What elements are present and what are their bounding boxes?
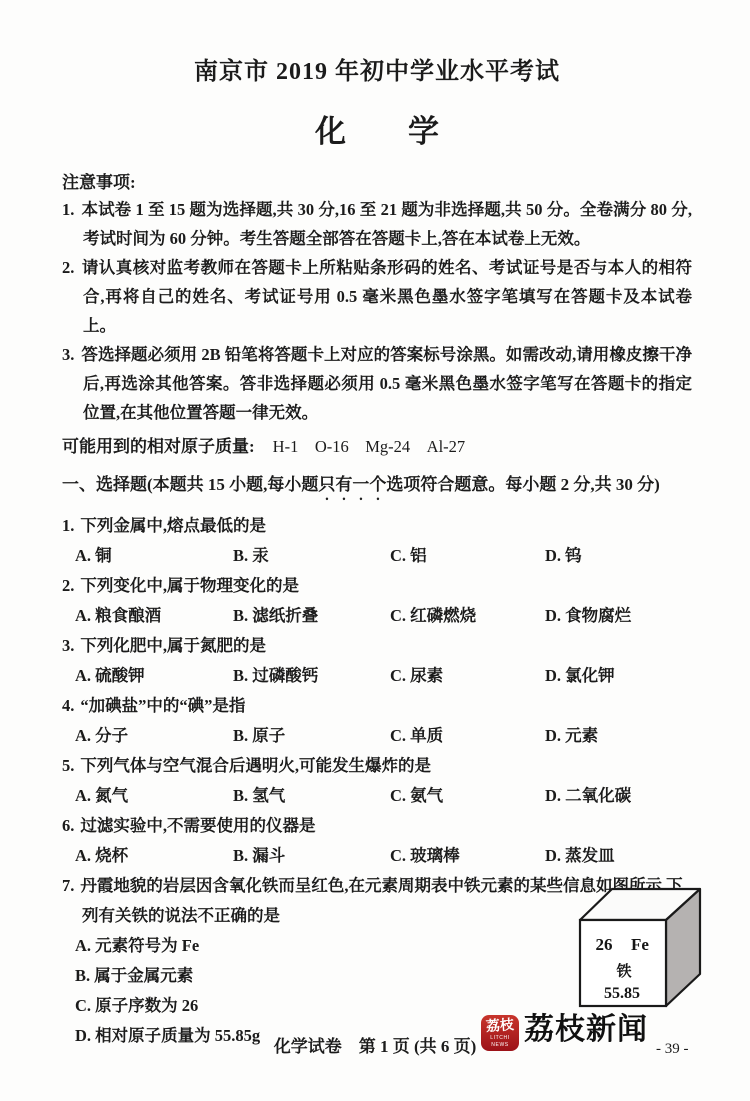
question-3-option-c: C. 尿素 (390, 661, 545, 691)
atomic-mass-label: 可能用到的相对原子质量: (62, 437, 255, 456)
question-number: 6. (62, 816, 80, 835)
page-footer: 化学试卷 第 1 页 (共 6 页) 荔枝 LITCHI NEWS 荔枝新闻 -… (0, 1012, 750, 1082)
cube-atomic-mass: 55.85 (604, 985, 640, 1002)
section-heading: 一、选择题(本题共 15 小题,每小题只有一个选项符合题意。每小题 2 分,共 … (62, 472, 692, 504)
question-text: 下列气体与空气混合后遇明火,可能发生爆炸的是 (80, 756, 431, 775)
question-5-option-b: B. 氢气 (233, 781, 390, 811)
question-stem: 5.下列气体与空气混合后遇明火,可能发生爆炸的是 (62, 751, 692, 781)
litchi-logo-icon-text: 荔枝 (481, 1018, 519, 1037)
question-6-option-a: A. 烧杯 (75, 841, 233, 871)
question-5-option-d: D. 二氧化碳 (545, 781, 692, 811)
element-cube-graphic: 26 Fe 铁 55.85 (578, 886, 704, 1010)
question-number: 7. (62, 876, 80, 895)
question-3-option-a: A. 硫酸钾 (75, 661, 233, 691)
question-5-option-c: C. 氨气 (390, 781, 545, 811)
section-heading-emphasis: 只有一个 (318, 475, 386, 494)
question-6-option-b: B. 漏斗 (233, 841, 390, 871)
notice-item-2: 2.请认真核对监考教师在答题卡上所粘贴条形码的姓名、考试证号是否与本人的相符合,… (62, 253, 692, 340)
question-1-option-d: D. 钨 (545, 541, 692, 571)
question-number: 4. (62, 696, 80, 715)
atomic-mass-values: H-1 O-16 Mg-24 Al-27 (273, 437, 465, 456)
notice-item-1: 1.本试卷 1 至 15 题为选择题,共 30 分,16 至 21 题为非选择题… (62, 195, 692, 253)
question-text: 下列化肥中,属于氮肥的是 (80, 636, 266, 655)
question-4-option-c: C. 单质 (390, 721, 545, 751)
question-number: 1. (62, 516, 80, 535)
litchi-news-wordmark: 荔枝新闻 (524, 1012, 648, 1048)
question-options: A. 硫酸钾 B. 过磷酸钙 C. 尿素 D. 氯化钾 (62, 661, 692, 691)
question-stem: 6.过滤实验中,不需要使用的仪器是 (62, 811, 692, 841)
question-options: A. 分子 B. 原子 C. 单质 D. 元素 (62, 721, 692, 751)
question-options: A. 氮气 B. 氢气 C. 氨气 D. 二氧化碳 (62, 781, 692, 811)
notice-item-number: 2. (62, 258, 81, 277)
question-2-option-c: C. 红磷燃烧 (390, 601, 545, 631)
cube-element-symbol: Fe (631, 935, 649, 954)
question-4: 4.“加碘盐”中的“碘”是指 A. 分子 B. 原子 C. 单质 D. 元素 (62, 691, 692, 751)
question-4-option-a: A. 分子 (75, 721, 233, 751)
section-heading-pre: 一、选择题(本题共 15 小题,每小题 (62, 475, 318, 494)
question-text: “加碘盐”中的“碘”是指 (80, 696, 245, 715)
question-number: 2. (62, 576, 80, 595)
notice-item-text: 本试卷 1 至 15 题为选择题,共 30 分,16 至 21 题为非选择题,共… (81, 200, 692, 248)
question-stem: 2.下列变化中,属于物理变化的是 (62, 571, 692, 601)
question-5: 5.下列气体与空气混合后遇明火,可能发生爆炸的是 A. 氮气 B. 氢气 C. … (62, 751, 692, 811)
question-number: 3. (62, 636, 80, 655)
notice-item-number: 1. (62, 200, 81, 219)
question-6-option-d: D. 蒸发皿 (545, 841, 692, 871)
page-margin-number: - 39 - (656, 1039, 689, 1059)
notice-item-text: 请认真核对监考教师在答题卡上所粘贴条形码的姓名、考试证号是否与本人的相符合,再将… (81, 258, 692, 335)
question-1-option-c: C. 铝 (390, 541, 545, 571)
notice-heading: 注意事项: (62, 170, 692, 195)
notice-item-number: 3. (62, 345, 81, 364)
question-3-option-d: D. 氯化钾 (545, 661, 692, 691)
exam-page: 南京市 2019 年初中学业水平考试 化 学 注意事项: 1.本试卷 1 至 1… (0, 0, 750, 1101)
question-text: 下列金属中,熔点最低的是 (80, 516, 266, 535)
question-options: A. 烧杯 B. 漏斗 C. 玻璃棒 D. 蒸发皿 (62, 841, 692, 871)
question-stem: 1.下列金属中,熔点最低的是 (62, 511, 692, 541)
question-text: 过滤实验中,不需要使用的仪器是 (80, 816, 315, 835)
question-1: 1.下列金属中,熔点最低的是 A. 铜 B. 汞 C. 铝 D. 钨 (62, 511, 692, 571)
question-stem: 4.“加碘盐”中的“碘”是指 (62, 691, 692, 721)
question-3-option-b: B. 过磷酸钙 (233, 661, 390, 691)
atomic-mass-line: 可能用到的相对原子质量:H-1 O-16 Mg-24 Al-27 (62, 434, 692, 459)
question-2-option-b: B. 滤纸折叠 (233, 601, 390, 631)
question-text: 下列变化中,属于物理变化的是 (80, 576, 299, 595)
question-6: 6.过滤实验中,不需要使用的仪器是 A. 烧杯 B. 漏斗 C. 玻璃棒 D. … (62, 811, 692, 871)
question-3: 3.下列化肥中,属于氮肥的是 A. 硫酸钾 B. 过磷酸钙 C. 尿素 D. 氯… (62, 631, 692, 691)
question-4-option-d: D. 元素 (545, 721, 692, 751)
notice-item-3: 3.答选择题必须用 2B 铅笔将答题卡上对应的答案标号涂黑。如需改动,请用橡皮擦… (62, 340, 692, 427)
exam-subject: 化 学 (62, 110, 692, 154)
question-1-option-b: B. 汞 (233, 541, 390, 571)
question-2-option-d: D. 食物腐烂 (545, 601, 692, 631)
question-options: A. 粮食酿酒 B. 滤纸折叠 C. 红磷燃烧 D. 食物腐烂 (62, 601, 692, 631)
question-5-option-a: A. 氮气 (75, 781, 233, 811)
question-stem: 3.下列化肥中,属于氮肥的是 (62, 631, 692, 661)
litchi-logo-icon-subtext: LITCHI NEWS (481, 1035, 519, 1049)
cube-element-name: 铁 (615, 962, 631, 980)
question-4-option-b: B. 原子 (233, 721, 390, 751)
question-number: 5. (62, 756, 80, 775)
question-2-option-a: A. 粮食酿酒 (75, 601, 233, 631)
question-1-option-a: A. 铜 (75, 541, 233, 571)
question-2: 2.下列变化中,属于物理变化的是 A. 粮食酿酒 B. 滤纸折叠 C. 红磷燃烧… (62, 571, 692, 631)
section-heading-post: 选项符合题意。每小题 2 分,共 30 分) (386, 475, 659, 494)
notice-item-text: 答选择题必须用 2B 铅笔将答题卡上对应的答案标号涂黑。如需改动,请用橡皮擦干净… (81, 345, 692, 422)
element-cube-figure: 26 Fe 铁 55.85 (578, 886, 704, 1010)
litchi-logo-icon: 荔枝 LITCHI NEWS (481, 1015, 519, 1051)
question-options: A. 铜 B. 汞 C. 铝 D. 钨 (62, 541, 692, 571)
cube-atomic-number: 26 (596, 935, 613, 954)
question-6-option-c: C. 玻璃棒 (390, 841, 545, 871)
exam-title: 南京市 2019 年初中学业水平考试 (62, 0, 692, 90)
